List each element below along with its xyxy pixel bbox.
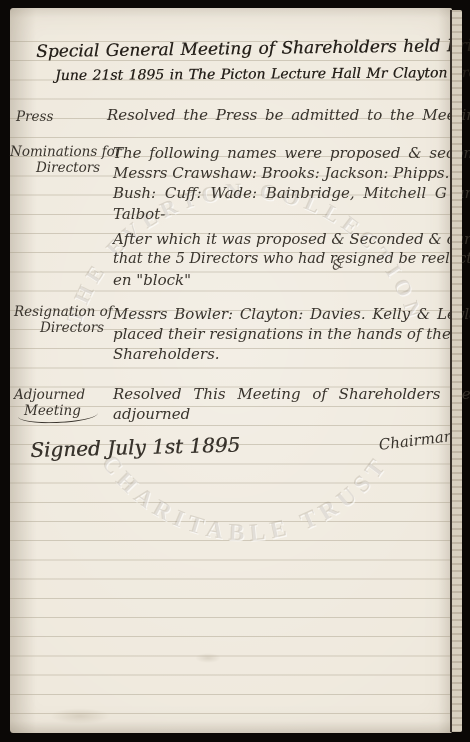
nominations-body-line: Messrs Crawshaw: Brooks: Jackson: Phipps… xyxy=(113,166,449,182)
nominations-body-line: Talbot- xyxy=(113,207,165,223)
margin-label-resignation-2: Directors xyxy=(40,321,104,335)
nominations-body-line: en "block" xyxy=(113,273,191,289)
nominations-body-line: The following names were proposed & seco… xyxy=(113,146,470,162)
resignation-body-line: Messrs Bowler: Clayton: Davies. Kelly & … xyxy=(113,307,470,323)
nominations-body-line: Bush: Cuff: Wade: Bainbridge, Mitchell G… xyxy=(113,186,470,202)
notebook-page: THE EVERTON COLLECTION THE EVERTON COLLE… xyxy=(10,8,452,733)
resignation-body-line: placed their resignations in the hands o… xyxy=(113,327,451,343)
margin-label-press: Press xyxy=(16,110,53,124)
scan-background: THE EVERTON COLLECTION THE EVERTON COLLE… xyxy=(0,0,470,742)
page-edge-sliver xyxy=(450,10,462,732)
margin-label-resignation-1: Resignation of xyxy=(14,305,113,319)
heading-line-2: June 21st 1895 in The Picton Lecture Hal… xyxy=(55,66,470,84)
resignation-body-line: Shareholders. xyxy=(113,347,220,363)
adjourned-body-line: Resolved This Meeting of Shareholders be xyxy=(113,387,470,403)
nominations-body-line: After which it was proposed & Seconded &… xyxy=(113,232,470,248)
margin-label-nominations-2: Directors xyxy=(36,161,100,175)
nominations-body-line: that the 5 Directors who had resigned be… xyxy=(113,252,470,267)
press-body-line: Resolved the Press be admitted to the Me… xyxy=(107,108,470,124)
margin-label-nominations-1: Nominations for xyxy=(10,145,121,159)
adjourned-body-line: adjourned xyxy=(113,407,190,423)
signed-date-line: Signed July 1st 1895 xyxy=(30,435,240,461)
margin-label-adjourned-1: Adjourned xyxy=(14,388,85,402)
